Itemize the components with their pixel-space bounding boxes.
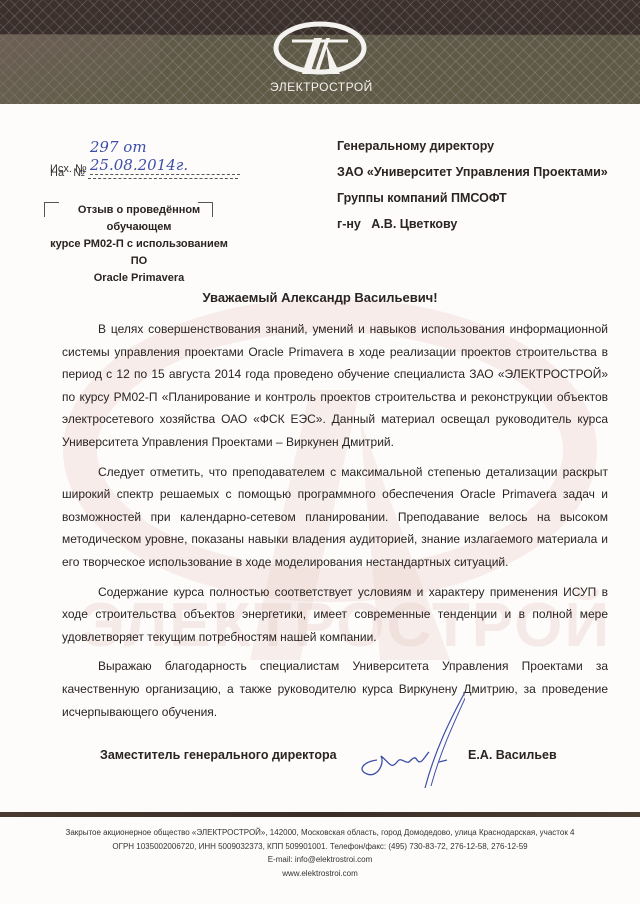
- subject-line: Отзыв о проведённом обучающем: [44, 202, 234, 236]
- subject-block: Отзыв о проведённом обучающем курсе РМ02…: [44, 202, 234, 287]
- subject-line: курсе РМ02-П с использованием ПО: [44, 236, 234, 270]
- footer-registration: ОГРН 1035002006720, ИНН 5009032373, КПП …: [0, 840, 640, 854]
- reply-number-label: На №: [50, 167, 85, 179]
- footer-address: Закрытое акционерное общество «ЭЛЕКТРОСТ…: [0, 826, 640, 840]
- addressee-line: ЗАО «Университет Управления Проектами»: [337, 159, 608, 185]
- footer-email: E-mail: info@elektrostroi.com: [0, 853, 640, 867]
- reply-number-field: На №: [50, 167, 238, 179]
- company-logo-text: ЭЛЕКТРОСТРОЙ: [270, 80, 370, 94]
- body-paragraph: Следует отметить, что преподавателем с м…: [62, 461, 608, 574]
- addressee-block: Генеральному директору ЗАО «Университет …: [337, 133, 608, 237]
- subject-line: Oracle Primavera: [44, 270, 234, 287]
- body-paragraph: Содержание курса полностью соответствует…: [62, 581, 608, 649]
- footer-band: [0, 812, 640, 817]
- body-paragraph: В целях совершенствования знаний, умений…: [62, 318, 608, 454]
- salutation: Уважаемый Александр Васильевич!: [0, 290, 640, 305]
- logo-emblem-icon: [270, 8, 370, 80]
- signatory-title: Заместитель генерального директора: [100, 748, 337, 762]
- footer-website: www.elektrostroi.com: [0, 867, 640, 881]
- letter-body: В целях совершенствования знаний, умений…: [62, 318, 608, 730]
- addressee-line: Генеральному директору: [337, 133, 608, 159]
- company-logo: ЭЛЕКТРОСТРОЙ: [270, 8, 370, 98]
- body-paragraph: Выражаю благодарность специалистам Униве…: [62, 655, 608, 723]
- signatory-name: Е.А. Васильев: [468, 748, 557, 762]
- footer-requisites: Закрытое акционерное общество «ЭЛЕКТРОСТ…: [0, 826, 640, 880]
- addressee-line: Группы компаний ПМСОФТ: [337, 185, 608, 211]
- addressee-line: г-ну А.В. Цветкову: [337, 211, 608, 237]
- handwritten-signature-icon: [355, 690, 465, 790]
